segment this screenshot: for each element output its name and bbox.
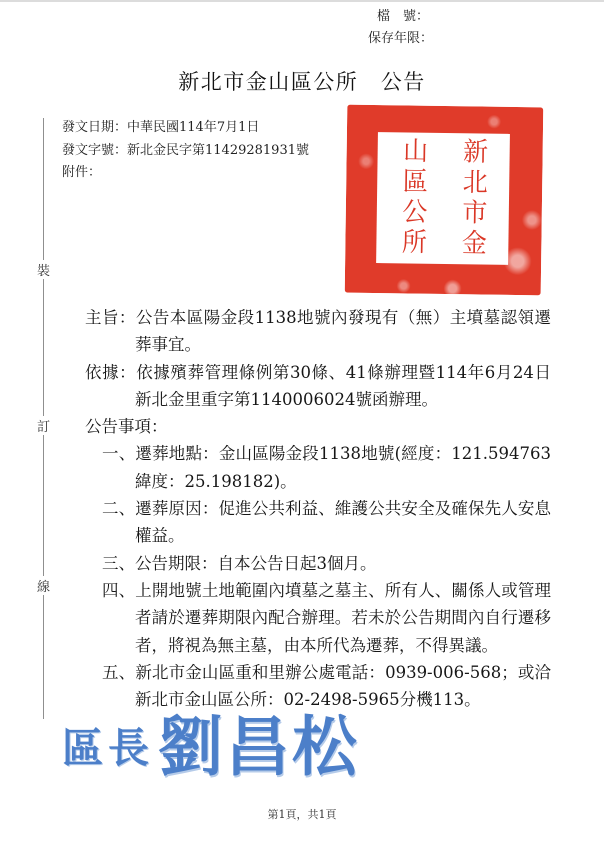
announcement-body: 主旨：公告本區陽金段1138地號內發現有（無）主墳墓認領遷葬事宜。 依據：依據殯…: [85, 304, 551, 713]
item-number: 二、: [102, 499, 135, 518]
item-number: 五、: [102, 663, 135, 682]
announcement-item-3: 三、公告期限：自本公告日起3個月。: [102, 550, 551, 577]
document-header-info: 發文日期：中華民國114年7月1日 發文字號：新北金民字第11429281931…: [62, 117, 309, 185]
item-number: 四、: [102, 581, 135, 600]
signature-name: 劉昌松: [158, 694, 359, 788]
file-number-label: 檔 號：: [368, 6, 433, 28]
item-text: 上開地號土地範圍內墳墓之墓主、所有人、關係人或管理者請於遷葬期限內配合辦理。若未…: [135, 581, 551, 655]
announcement-item-2: 二、遷葬原因：促進公共利益、維護公共安全及確保先人安息權益。: [102, 495, 551, 550]
announcement-item-1: 一、遷葬地點：金山區陽金段1138地號(經度：121.594763 緯度：25.…: [102, 440, 551, 495]
basis-paragraph: 依據：依據殯葬管理條例第30條、41條辦理暨114年6月24日新北金里重字第11…: [85, 359, 551, 414]
seal-text: 新北市金山區公所: [382, 136, 504, 262]
basis-label: 依據：: [85, 363, 136, 382]
official-red-seal: 新北市金山區公所: [345, 105, 544, 296]
binding-mark-zhuang: 裝: [36, 260, 51, 279]
attachment-label: 附件：: [62, 162, 309, 185]
item-text: 遷葬原因：促進公共利益、維護公共安全及確保先人安息權益。: [135, 499, 551, 545]
page-number-footer: 第1頁，共1頁: [0, 806, 604, 822]
subject-text: 公告本區陽金段1138地號內發現有（無）主墳墓認領遷葬事宜。: [135, 308, 551, 354]
seal-inner-face: 新北市金山區公所: [376, 132, 510, 265]
item-number: 三、: [102, 554, 135, 573]
basis-text: 依據殯葬管理條例第30條、41條辦理暨114年6月24日新北金里重字第11400…: [135, 363, 551, 409]
subject-paragraph: 主旨：公告本區陽金段1138地號內發現有（無）主墳墓認領遷葬事宜。: [85, 304, 551, 359]
binding-mark-xian: 線: [36, 576, 51, 595]
retention-period-label: 保存年限：: [368, 28, 433, 50]
item-number: 一、: [102, 444, 135, 463]
signature-title: 區長: [62, 715, 154, 774]
announcement-item-4: 四、上開地號土地範圍內墳墓之墓主、所有人、關係人或管理者請於遷葬期限內配合辦理。…: [102, 577, 551, 659]
district-chief-signature-stamp: 區長 劉昌松: [62, 698, 407, 790]
page-title: 新北市金山區公所 公告: [0, 66, 604, 96]
binding-mark-ding: 訂: [36, 416, 51, 435]
item-text: 公告期限：自本公告日起3個月。: [135, 554, 377, 573]
items-header: 公告事項：: [85, 413, 551, 440]
doc-number: 發文字號：新北金民字第11429281931號: [62, 140, 309, 163]
file-number-block: 檔 號： 保存年限：: [368, 6, 433, 50]
issue-date: 發文日期：中華民國114年7月1日: [62, 117, 309, 140]
subject-label: 主旨：: [85, 308, 136, 327]
scan-edge: [0, 0, 604, 2]
announcement-document: 檔 號： 保存年限： 新北市金山區公所 公告 發文日期：中華民國114年7月1日…: [0, 0, 604, 858]
item-text: 遷葬地點：金山區陽金段1138地號(經度：121.594763 緯度：25.19…: [135, 444, 551, 490]
